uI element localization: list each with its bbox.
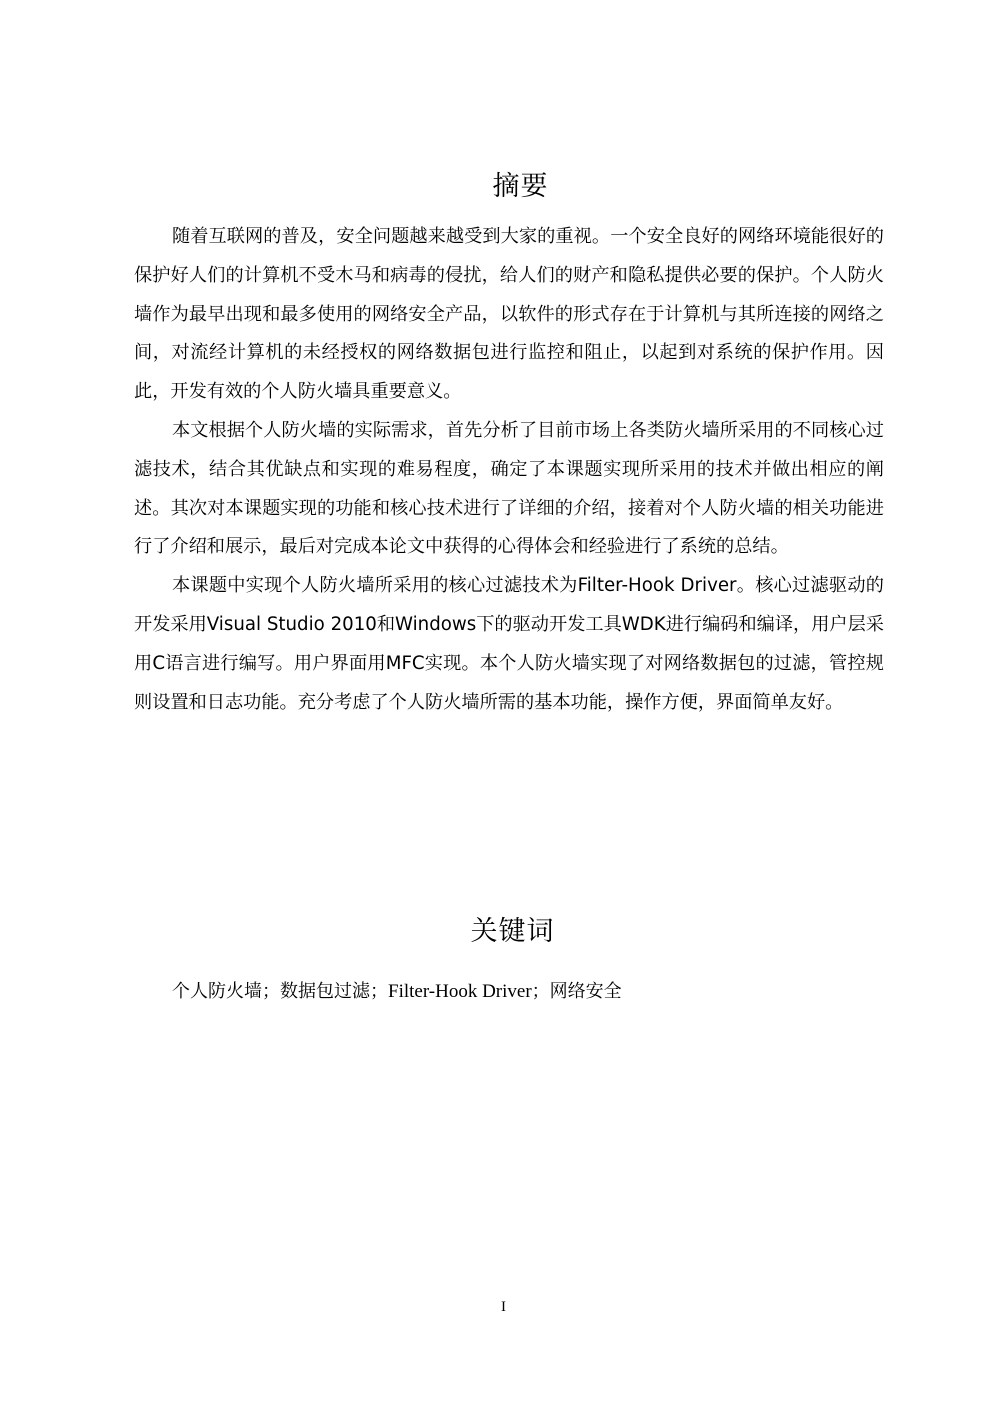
keyword-separator: ；: [262, 981, 280, 1002]
keyword-item: 个人防火墙: [172, 981, 262, 1002]
keywords-heading: 关键词: [16, 909, 993, 948]
page-number: I: [0, 1299, 993, 1316]
keyword-separator: ；: [532, 981, 550, 1002]
keyword-item: 网络安全: [550, 981, 622, 1002]
abstract-heading: 摘要: [24, 164, 993, 203]
abstract-paragraph-2: 本文根据个人防火墙的实际需求，首先分析了目前市场上各类防火墙所采用的不同核心过滤…: [134, 412, 884, 567]
keyword-item: 数据包过滤: [280, 981, 370, 1002]
keyword-separator: ；: [370, 981, 388, 1002]
keyword-item: Filter-Hook Driver: [388, 981, 532, 1002]
abstract-body: 随着互联网的普及，安全问题越来越受到大家的重视。一个安全良好的网络环境能很好的保…: [134, 218, 884, 722]
document-page: 摘要 随着互联网的普及，安全问题越来越受到大家的重视。一个安全良好的网络环境能很…: [0, 0, 993, 1404]
keywords-list: 个人防火墙；数据包过滤；Filter-Hook Driver；网络安全: [172, 979, 622, 1005]
abstract-paragraph-3: 本课题中实现个人防火墙所采用的核心过滤技术为Filter-Hook Driver…: [134, 567, 884, 722]
abstract-paragraph-1: 随着互联网的普及，安全问题越来越受到大家的重视。一个安全良好的网络环境能很好的保…: [134, 218, 884, 412]
